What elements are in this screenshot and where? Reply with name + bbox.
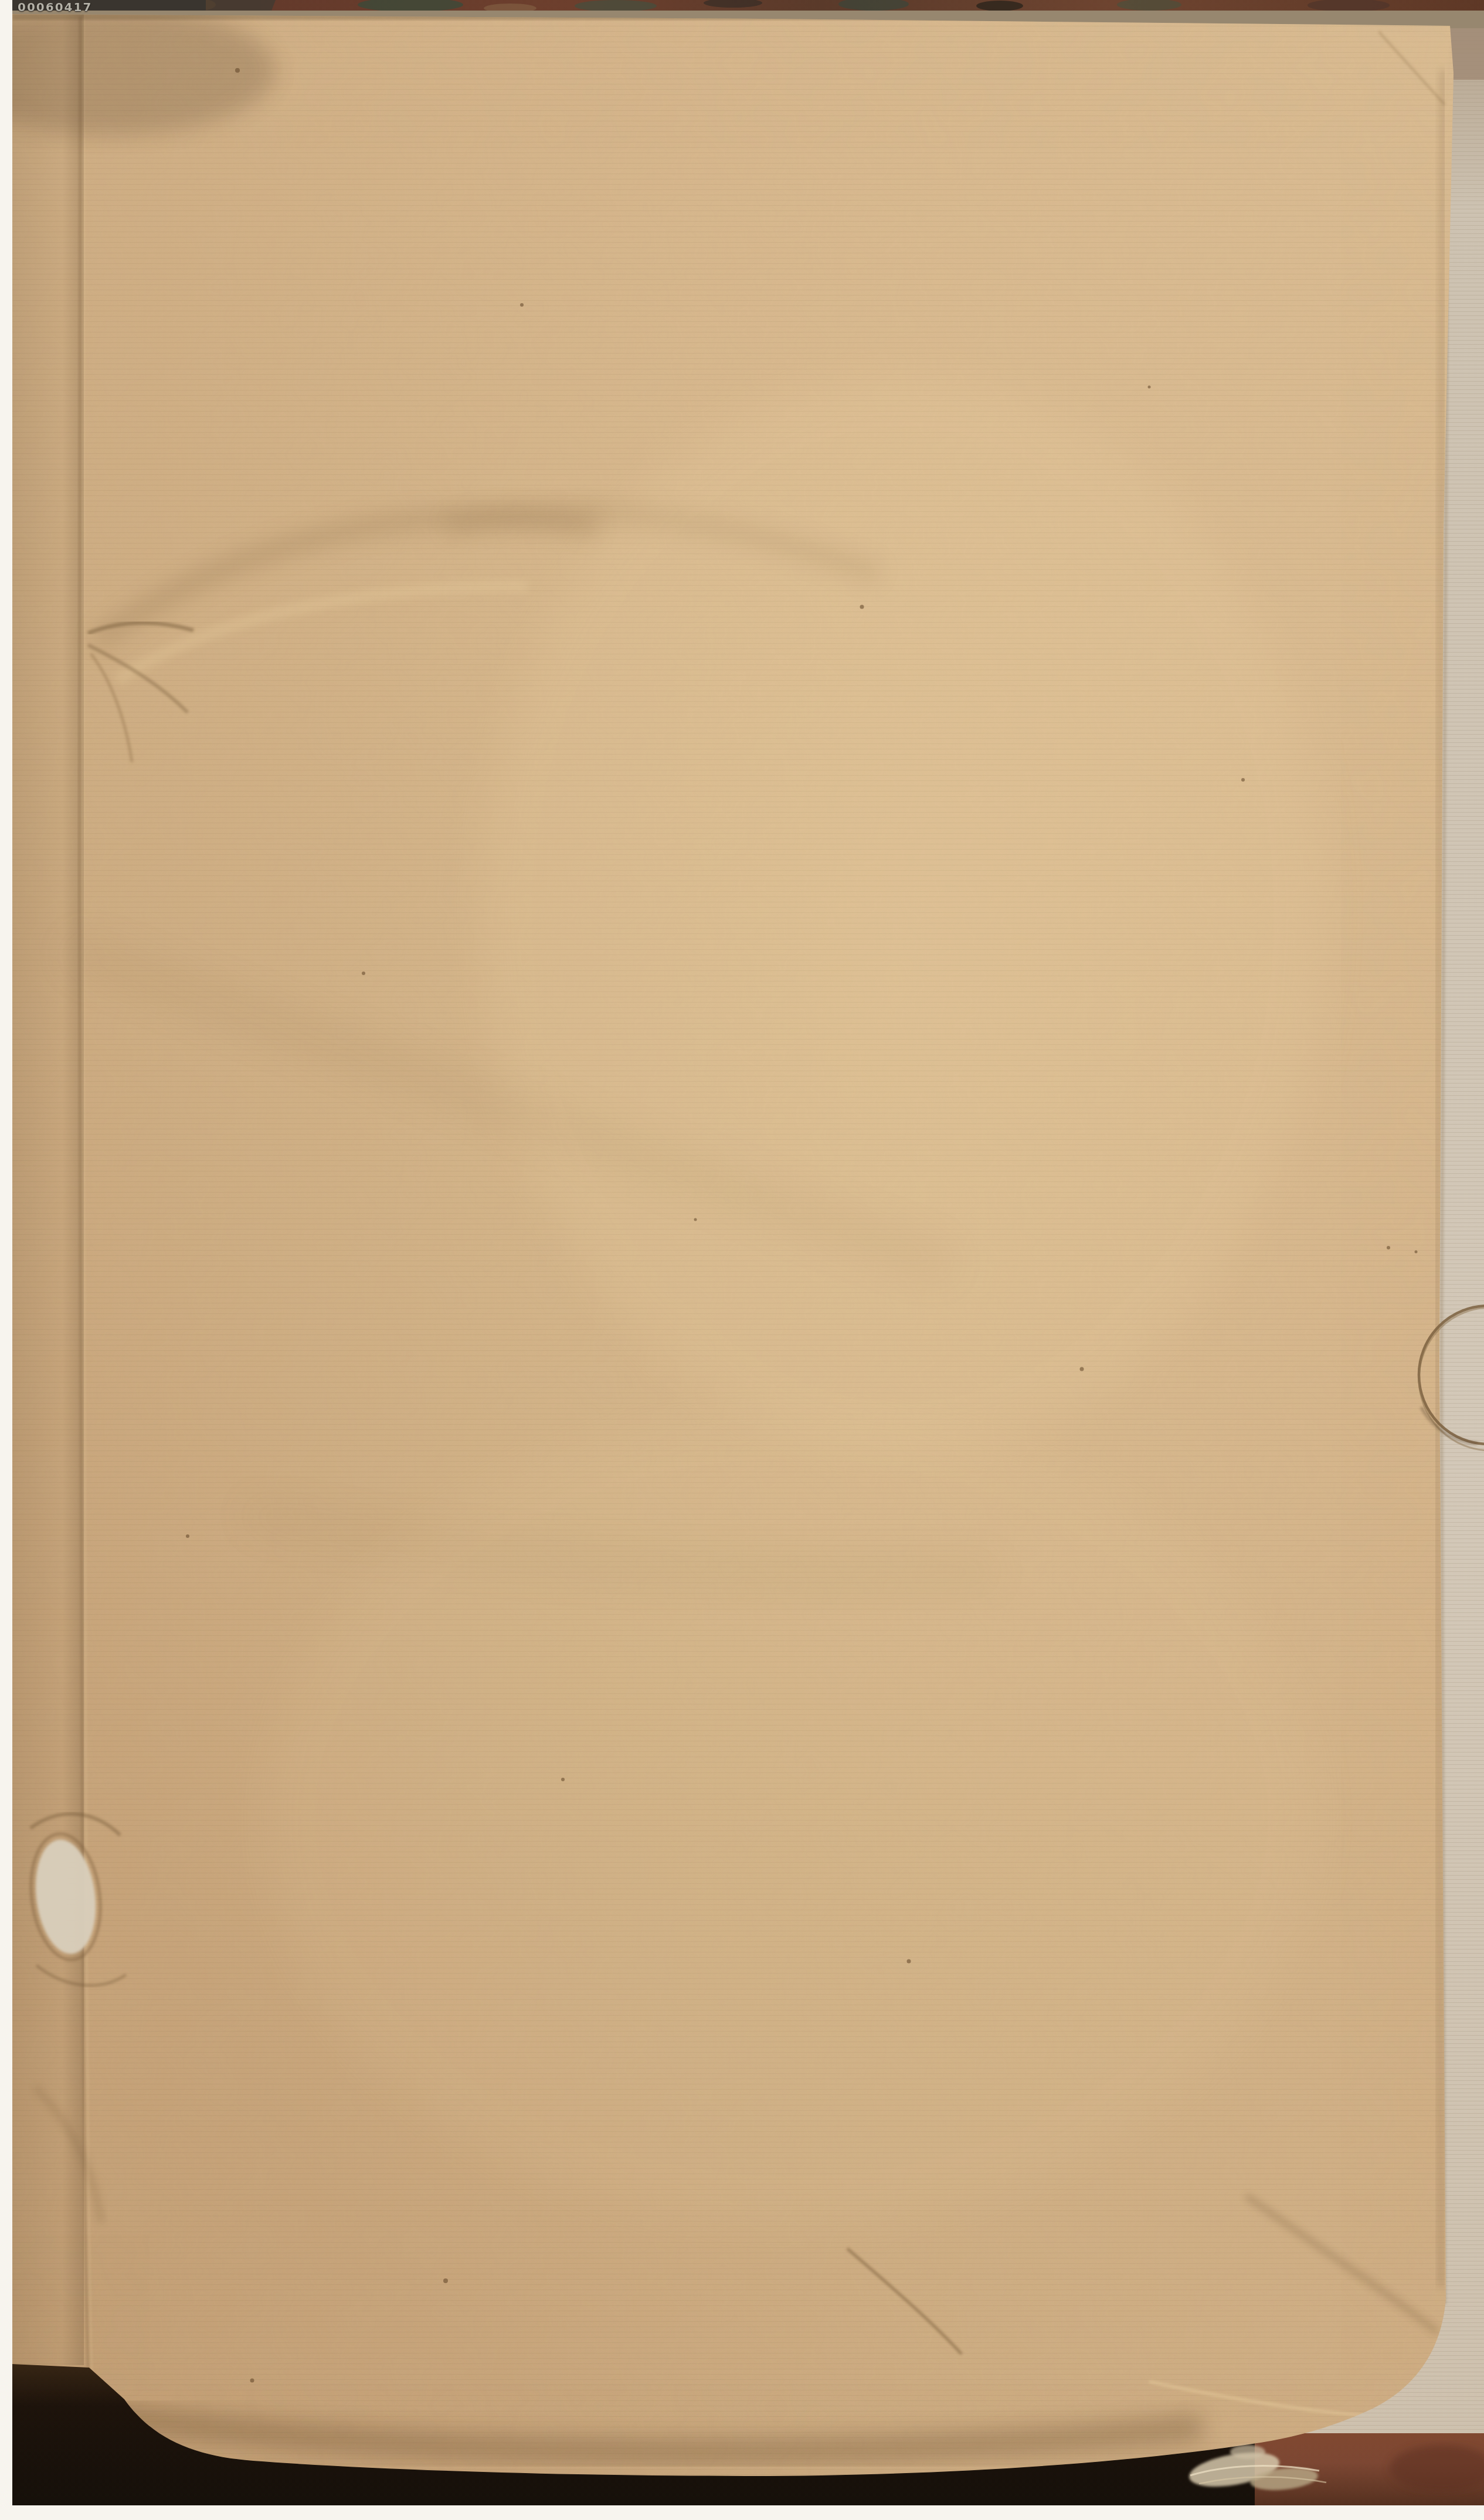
book-scan-photo: 00060417 [0,0,1484,2520]
scanner-margin-bottom [0,2505,1484,2520]
book-page-illustration [0,0,1484,2520]
scanner-margin-left [0,0,12,2520]
scan-id-label: 00060417 [18,0,92,14]
